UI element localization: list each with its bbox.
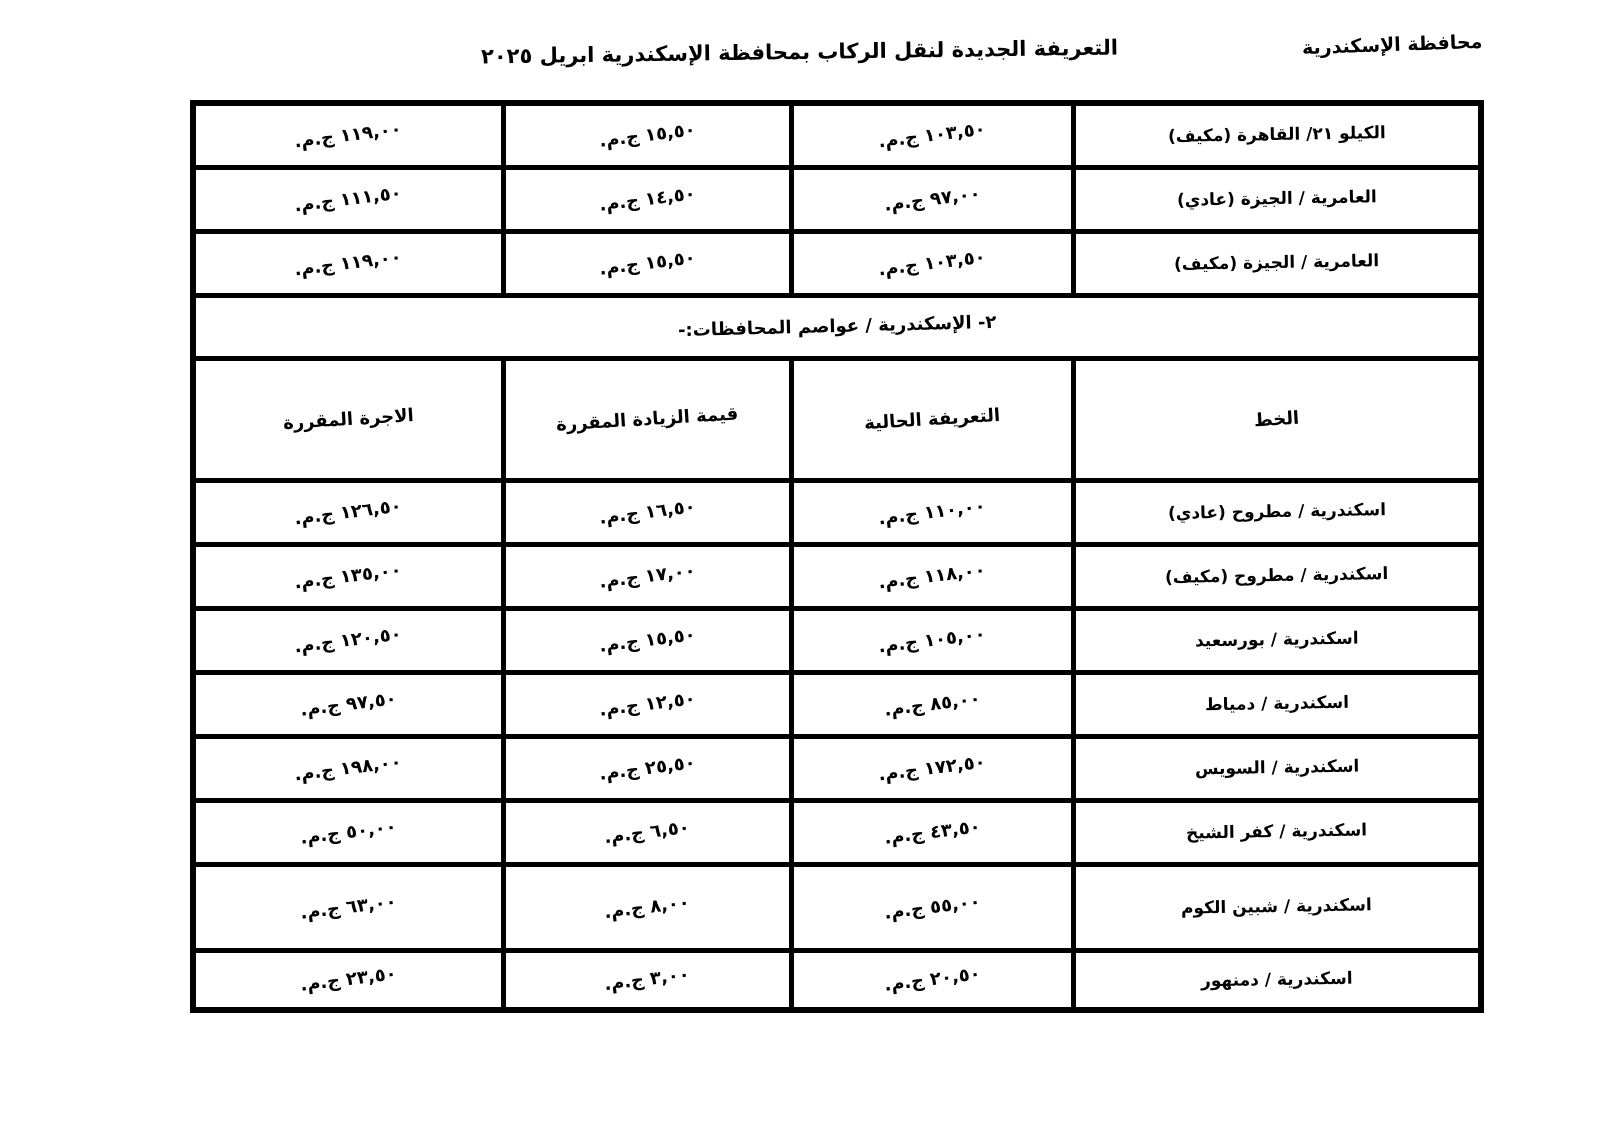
increase-cell: ٣,٠٠ ج.م. <box>503 950 791 1010</box>
table-row: اسكندرية / كفر الشيخ ٤٣,٥٠ ج.م. ٦,٥٠ ج.م… <box>193 800 1481 864</box>
table-row: اسكندرية / دمنهور ٢٠,٥٠ ج.م. ٣,٠٠ ج.م. ٢… <box>193 950 1481 1010</box>
line-cell: اسكندرية / دمنهور <box>1073 950 1481 1010</box>
line-cell: اسكندرية / مطروح (مكيف) <box>1073 544 1481 608</box>
table-row: اسكندرية / بورسعيد ١٠٥,٠٠ ج.م. ١٥,٥٠ ج.م… <box>193 608 1481 672</box>
increase-cell: ٨,٠٠ ج.م. <box>503 864 791 950</box>
table-row: العامرية / الجيزة (مكيف) ١٠٣,٥٠ ج.م. ١٥,… <box>193 231 1481 295</box>
current-tariff-cell: ١١٠,٠٠ ج.م. <box>791 480 1073 544</box>
fare-cell: ١٢٦,٥٠ ج.م. <box>193 480 503 544</box>
document-page: محافظة الإسكندرية التعريفة الجديدة لنقل … <box>0 0 1600 1131</box>
current-tariff-cell: ٤٣,٥٠ ج.م. <box>791 800 1073 864</box>
line-cell: اسكندرية / كفر الشيخ <box>1073 800 1481 864</box>
current-tariff-cell: ١١٨,٠٠ ج.م. <box>791 544 1073 608</box>
increase-cell: ١٥,٥٠ ج.م. <box>503 608 791 672</box>
current-tariff-cell: ١٧٢,٥٠ ج.م. <box>791 736 1073 800</box>
current-tariff-cell: ٩٧,٠٠ ج.م. <box>791 167 1073 231</box>
line-cell: الكيلو ٢١/ القاهرة (مكيف) <box>1073 103 1481 167</box>
increase-cell: ١٤,٥٠ ج.م. <box>503 167 791 231</box>
increase-cell: ١٧,٠٠ ج.م. <box>503 544 791 608</box>
fare-cell: ١١٩,٠٠ ج.م. <box>193 103 503 167</box>
line-cell: اسكندرية / بورسعيد <box>1073 608 1481 672</box>
line-cell: العامرية / الجيزة (مكيف) <box>1073 231 1481 295</box>
fare-cell: ١٩٨,٠٠ ج.م. <box>193 736 503 800</box>
current-tariff-cell: ٥٥,٠٠ ج.م. <box>791 864 1073 950</box>
table-row: اسكندرية / مطروح (مكيف) ١١٨,٠٠ ج.م. ١٧,٠… <box>193 544 1481 608</box>
table-row: اسكندرية / السويس ١٧٢,٥٠ ج.م. ٢٥,٥٠ ج.م.… <box>193 736 1481 800</box>
table-row: اسكندرية / دمياط ٨٥,٠٠ ج.م. ١٢,٥٠ ج.م. ٩… <box>193 672 1481 736</box>
page-title-text: التعريفة الجديدة لنقل الركاب بمحافظة الإ… <box>481 36 1118 69</box>
current-tariff-cell: ٨٥,٠٠ ج.م. <box>791 672 1073 736</box>
line-cell: اسكندرية / مطروح (عادي) <box>1073 480 1481 544</box>
column-header-fare: الاجرة المقررة <box>193 358 503 480</box>
fare-cell: ١٣٥,٠٠ ج.م. <box>193 544 503 608</box>
current-tariff-cell: ١٠٣,٥٠ ج.م. <box>791 103 1073 167</box>
tariff-table: الكيلو ٢١/ القاهرة (مكيف) ١٠٣,٥٠ ج.م. ١٥… <box>190 100 1484 1013</box>
fare-cell: ١٢٠,٥٠ ج.م. <box>193 608 503 672</box>
table-row: الكيلو ٢١/ القاهرة (مكيف) ١٠٣,٥٠ ج.م. ١٥… <box>193 103 1481 167</box>
line-cell: اسكندرية / شبين الكوم <box>1073 864 1481 950</box>
column-header-increase: قيمة الزيادة المقررة <box>503 358 791 480</box>
current-tariff-cell: ٢٠,٥٠ ج.م. <box>791 950 1073 1010</box>
fare-cell: ٦٣,٠٠ ج.م. <box>193 864 503 950</box>
fare-cell: ١١٩,٠٠ ج.م. <box>193 231 503 295</box>
line-cell: اسكندرية / دمياط <box>1073 672 1481 736</box>
increase-cell: ١٢,٥٠ ج.م. <box>503 672 791 736</box>
page-title: التعريفة الجديدة لنقل الركاب بمحافظة الإ… <box>0 40 1600 64</box>
header-row: الخط التعريفة الحالية قيمة الزيادة المقر… <box>193 358 1481 480</box>
current-tariff-cell: ١٠٣,٥٠ ج.م. <box>791 231 1073 295</box>
increase-cell: ١٥,٥٠ ج.م. <box>503 103 791 167</box>
table-row: العامرية / الجيزة (عادي) ٩٧,٠٠ ج.م. ١٤,٥… <box>193 167 1481 231</box>
increase-cell: ٢٥,٥٠ ج.م. <box>503 736 791 800</box>
fare-cell: ٩٧,٥٠ ج.م. <box>193 672 503 736</box>
table-row: اسكندرية / شبين الكوم ٥٥,٠٠ ج.م. ٨,٠٠ ج.… <box>193 864 1481 950</box>
column-header-line: الخط <box>1073 358 1481 480</box>
column-header-current-tariff: التعريفة الحالية <box>791 358 1073 480</box>
table-row: اسكندرية / مطروح (عادي) ١١٠,٠٠ ج.م. ١٦,٥… <box>193 480 1481 544</box>
fare-cell: ١١١,٥٠ ج.م. <box>193 167 503 231</box>
line-cell: اسكندرية / السويس <box>1073 736 1481 800</box>
line-cell: العامرية / الجيزة (عادي) <box>1073 167 1481 231</box>
current-tariff-cell: ١٠٥,٠٠ ج.م. <box>791 608 1073 672</box>
increase-cell: ١٦,٥٠ ج.م. <box>503 480 791 544</box>
section-row: ٢- الإسكندرية / عواصم المحافظات:- <box>193 295 1481 358</box>
section-title-cell: ٢- الإسكندرية / عواصم المحافظات:- <box>193 295 1481 358</box>
fare-cell: ٥٠,٠٠ ج.م. <box>193 800 503 864</box>
increase-cell: ٦,٥٠ ج.م. <box>503 800 791 864</box>
fare-cell: ٢٣,٥٠ ج.م. <box>193 950 503 1010</box>
increase-cell: ١٥,٥٠ ج.م. <box>503 231 791 295</box>
